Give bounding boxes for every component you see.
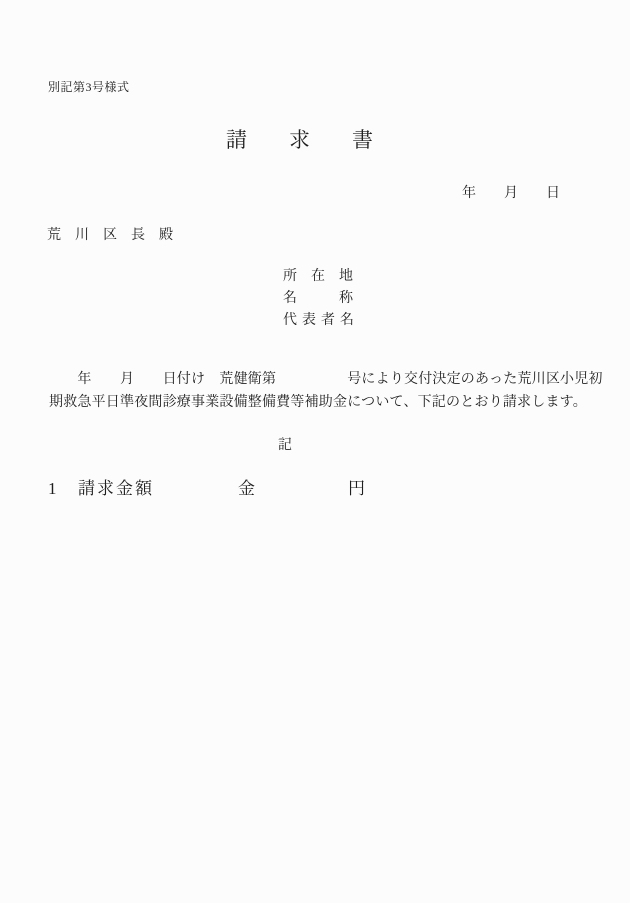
applicant-name-label: 名 称 <box>283 288 359 310</box>
note-mark: 記 <box>278 439 292 453</box>
form-code-label: 別記第3号様式 <box>48 81 130 93</box>
invoice-form-page: 別記第3号様式 請 求 書 年 月 日 荒 川 区 長 殿 所 在 地 名 称 … <box>0 0 630 903</box>
claim-amount-suffix: 円 <box>348 480 365 497</box>
date-fill-in-line: 年 月 日 <box>462 187 560 201</box>
addressee-line: 荒 川 区 長 殿 <box>47 229 173 243</box>
applicant-info-block: 所 在 地 名 称 代表者名 <box>283 266 359 332</box>
claim-amount-label: 請求金額 <box>78 480 154 497</box>
document-title: 請 求 書 <box>226 130 373 151</box>
request-body-paragraph: 年 月 日付け 荒健衛第 号により交付決定のあった荒川区小児初 期救急平日準夜間… <box>49 368 594 414</box>
claim-amount-line: 1 請求金額 金 円 <box>0 480 630 500</box>
claim-amount-prefix: 金 <box>238 480 255 497</box>
applicant-representative-label: 代表者名 <box>283 310 359 332</box>
applicant-address-label: 所 在 地 <box>283 266 359 288</box>
request-body-line-1: 年 月 日付け 荒健衛第 号により交付決定のあった荒川区小児初 <box>49 368 594 391</box>
claim-item-number: 1 <box>48 480 57 497</box>
request-body-line-2: 期救急平日準夜間診療事業設備整備費等補助金について、下記のとおり請求します。 <box>49 391 594 414</box>
